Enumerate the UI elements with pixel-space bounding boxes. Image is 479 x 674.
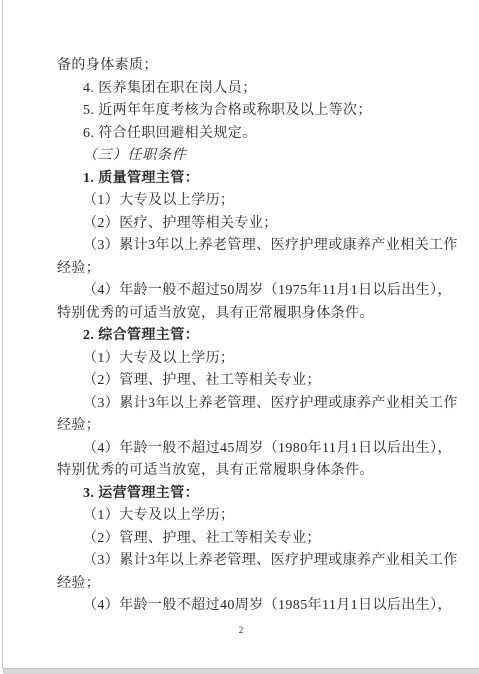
page-body-text: 备的身体素质；4. 医养集团在职在岗人员；5. 近两年年度考核为合格或称职及以上… <box>57 55 425 637</box>
document-text-line: 经验； <box>57 415 425 438</box>
document-text-line: （3）累计3年以上养老管理、医疗护理或康养产业相关工作 <box>57 550 425 573</box>
document-text-line: （3）累计3年以上养老管理、医疗护理或康养产业相关工作 <box>57 235 425 258</box>
document-text-line: （1）大专及以上学历； <box>57 348 425 371</box>
document-text-line: 特别优秀的可适当放宽，具有正常履职身体条件。 <box>57 460 425 483</box>
document-text-line: 4. 医养集团在职在岗人员； <box>57 78 425 101</box>
document-text-line: 1. 质量管理主管： <box>57 168 425 191</box>
document-text-line: （4）年龄一般不超过45周岁（1980年11月1日以后出生）， <box>57 438 425 461</box>
document-text-line: 5. 近两年年度考核为合格或称职及以上等次； <box>57 100 425 123</box>
document-text-line: 备的身体素质； <box>57 55 425 78</box>
document-text-line: 经验； <box>57 573 425 596</box>
document-text-line: （2）医疗、护理等相关专业； <box>57 213 425 236</box>
document-text-line: 3. 运营管理主管： <box>57 483 425 506</box>
document-text-line: （2）管理、护理、社工等相关专业； <box>57 528 425 551</box>
document-text-line: （2）管理、护理、社工等相关专业； <box>57 370 425 393</box>
page-number: 2 <box>57 624 425 637</box>
document-text-line: （3）累计3年以上养老管理、医疗护理或康养产业相关工作 <box>57 393 425 416</box>
page-left-edge <box>2 0 3 669</box>
document-text-line: （4）年龄一般不超过40周岁（1985年11月1日以后出生）， <box>57 595 425 618</box>
document-text-line: （1）大专及以上学历； <box>57 190 425 213</box>
document-text-line: 2. 综合管理主管： <box>57 325 425 348</box>
document-text-line: （4）年龄一般不超过50周岁（1975年11月1日以后出生）， <box>57 280 425 303</box>
document-text-line: （三）任职条件 <box>57 145 425 168</box>
document-text-line: 特别优秀的可适当放宽，具有正常履职身体条件。 <box>57 303 425 326</box>
document-text-line: （1）大专及以上学历； <box>57 505 425 528</box>
document-text-line: 经验； <box>57 258 425 281</box>
document-page: 备的身体素质；4. 医养集团在职在岗人员；5. 近两年年度考核为合格或称职及以上… <box>0 0 479 674</box>
page-bottom-edge <box>3 668 479 674</box>
document-text-line: 6. 符合任职回避相关规定。 <box>57 123 425 146</box>
